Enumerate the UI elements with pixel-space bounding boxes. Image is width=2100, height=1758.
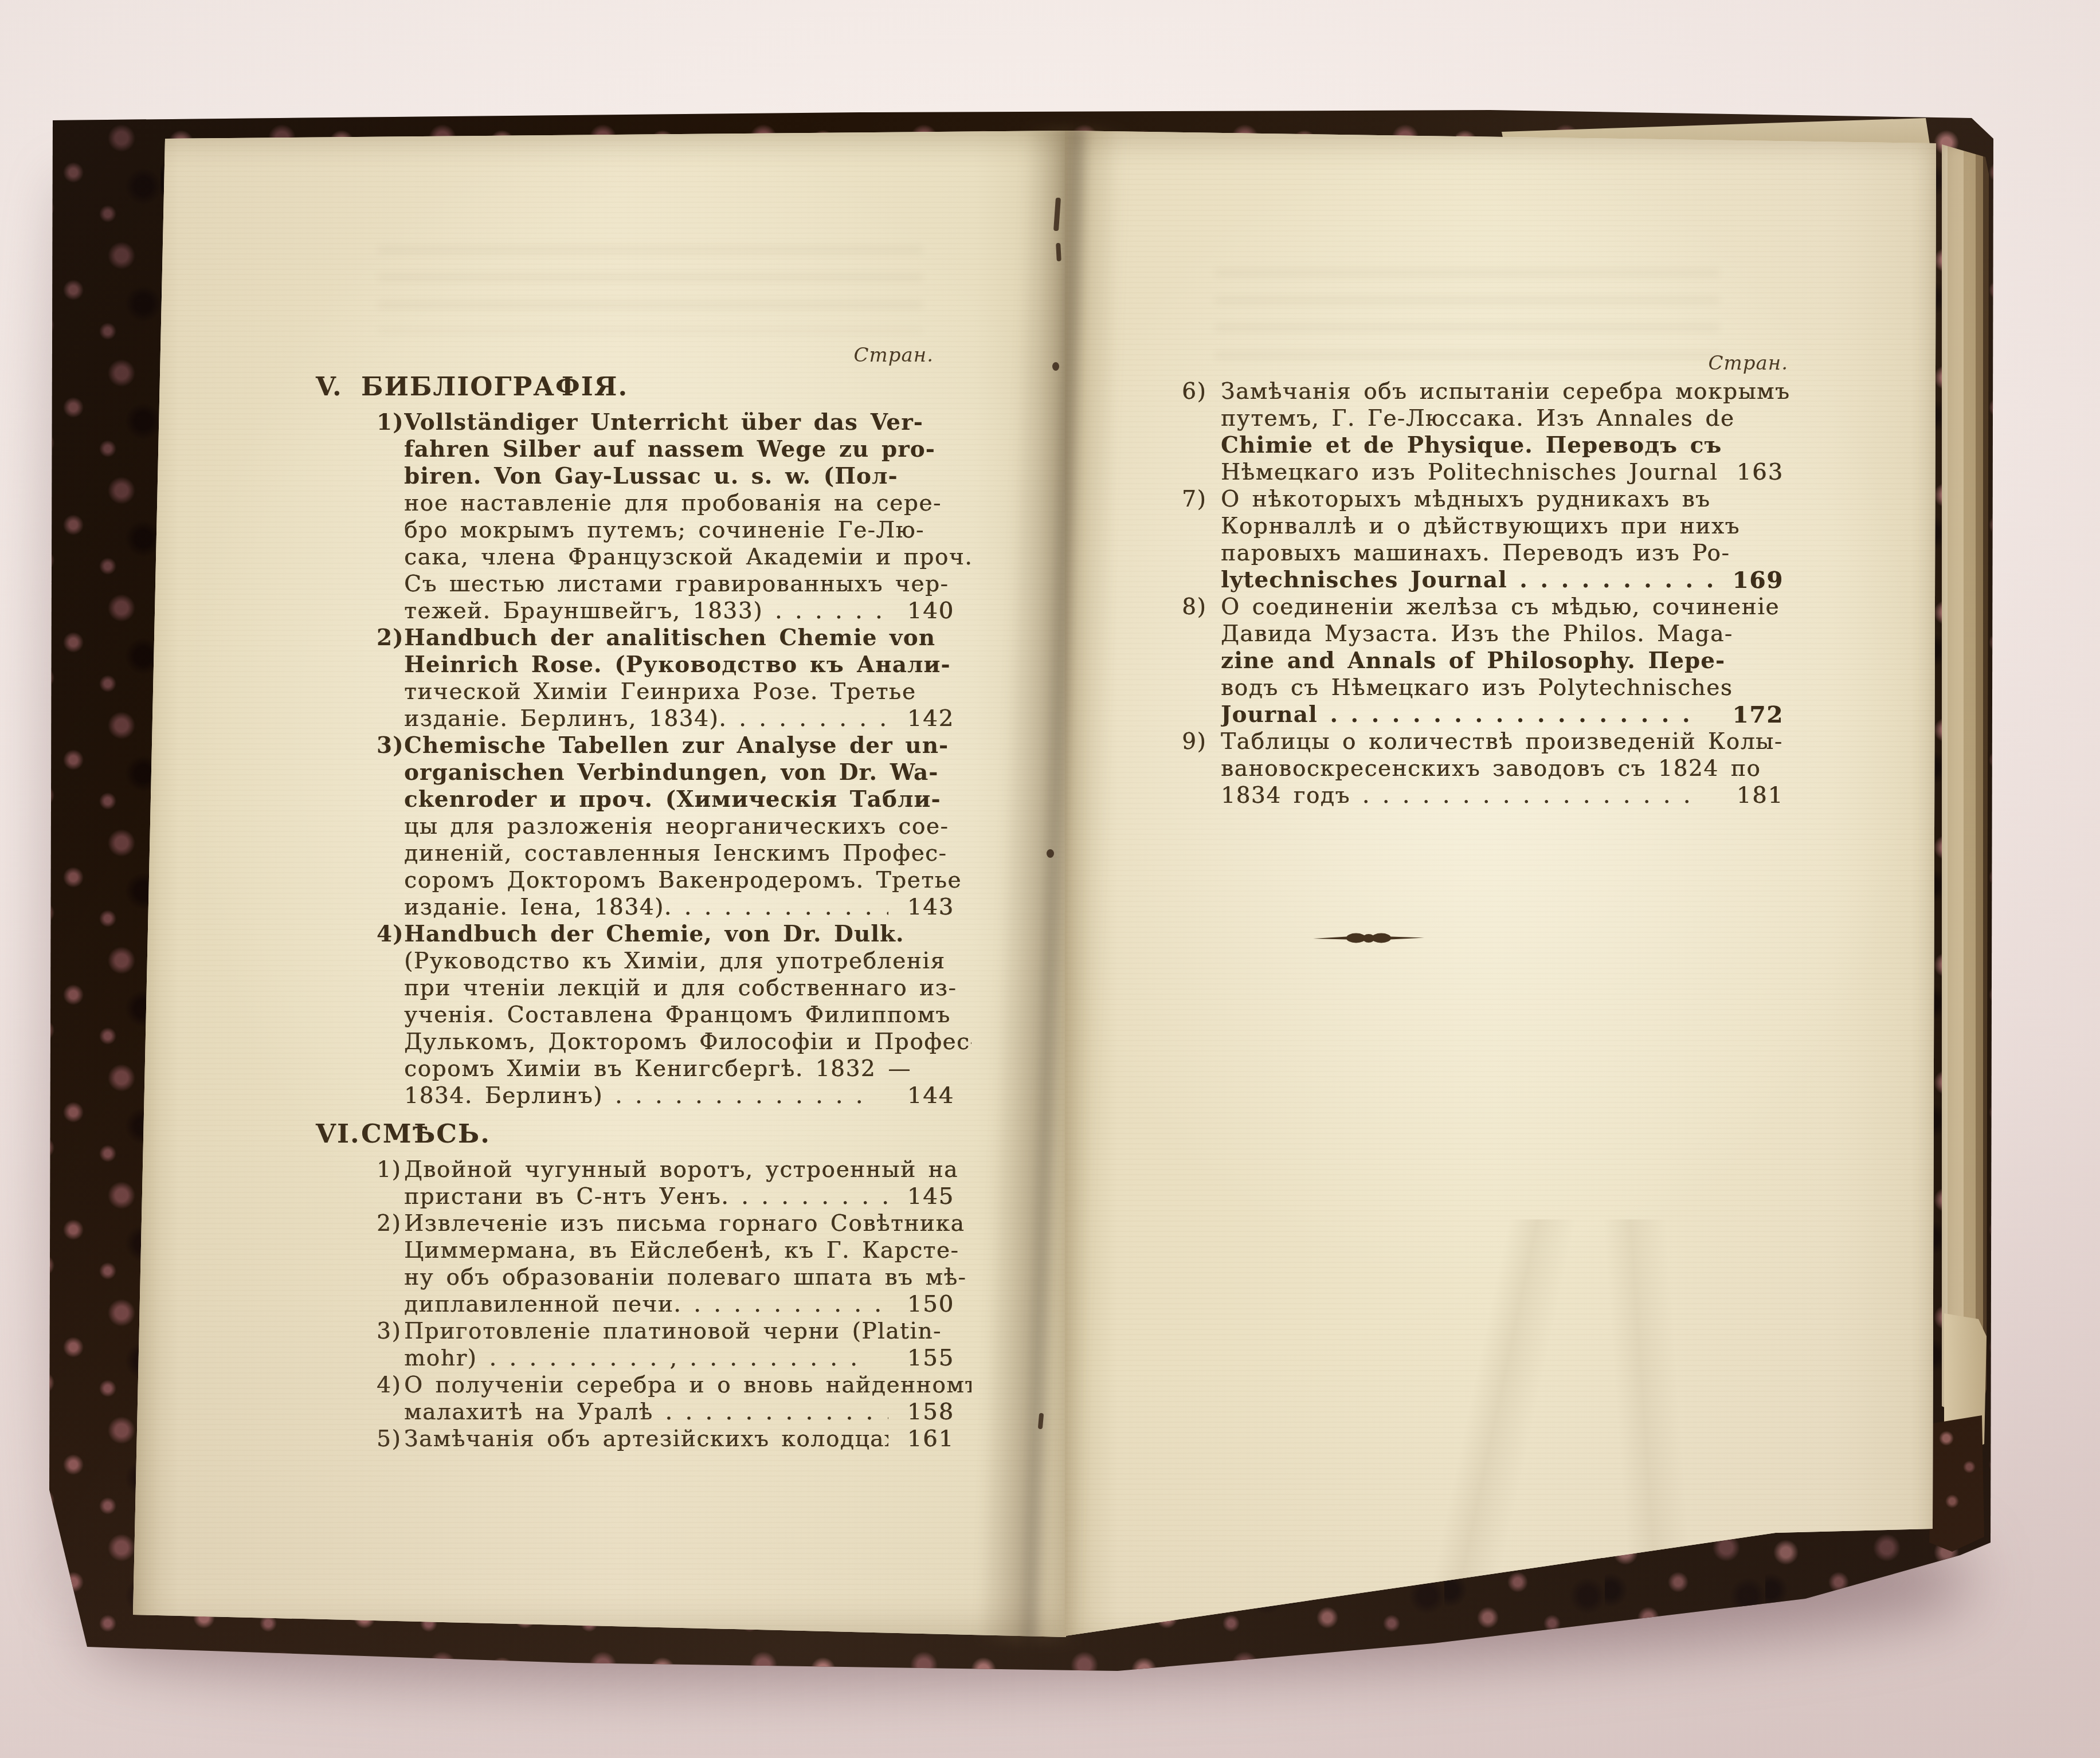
toc-line: Корнваллѣ и о дѣйствующихъ при нихъ bbox=[1181, 513, 1789, 540]
toc-entry-text: О нѣкоторыхъ мѣдныхъ рудникахъ въ bbox=[1221, 486, 1710, 513]
toc-entry-text: малахитѣ на Уралѣ . . . . . . . . . . . … bbox=[404, 1399, 888, 1426]
toc-entry-number: 3) bbox=[377, 1318, 440, 1345]
toc-line: 7)О нѣкоторыхъ мѣдныхъ рудникахъ въ bbox=[1181, 486, 1789, 513]
toc-entry-text: Съ шестью листами гравированныхъ чер- bbox=[404, 571, 949, 598]
toc-line: 6)Замѣчанія объ испытаніи серебра мокрым… bbox=[1181, 378, 1789, 405]
toc-line: соромъ Докторомъ Вакенродеромъ. Третье bbox=[312, 867, 971, 894]
toc-page-number: 143 bbox=[907, 894, 954, 921]
toc-line: 2)Извлеченіе изъ письма горнаго Совѣтник… bbox=[312, 1210, 971, 1237]
column-header-right: Стран. bbox=[1181, 351, 1789, 376]
toc-line: organischen Verbindungen, von Dr. Wa- bbox=[312, 759, 971, 786]
toc-entry-number: 3) bbox=[377, 732, 440, 759]
toc-entry-text: 1834 годъ . . . . . . . . . . . . . . . … bbox=[1221, 782, 1691, 809]
toc-entry-text: паровыхъ машинахъ. Переводъ изъ Po- bbox=[1221, 540, 1730, 567]
toc-entry-text: Chimie et de Physique. Переводъ съ bbox=[1221, 432, 1722, 459]
toc-entry-text: изданіе. Іена, 1834). . . . . . . . . . … bbox=[404, 894, 888, 921]
toc-entry-text: БИБЛІОГРАФІЯ. bbox=[361, 371, 628, 402]
toc-line: диненій, составленныя Іенскимъ Профес- bbox=[312, 840, 971, 867]
right-toc-lines: 6)Замѣчанія объ испытаніи серебра мокрым… bbox=[1181, 378, 1789, 809]
toc-line: изданіе. Іена, 1834). . . . . . . . . . … bbox=[312, 894, 971, 921]
toc-entry-number: VI. bbox=[316, 1119, 362, 1149]
toc-line: zine and Annals of Philosophy. Пере- bbox=[1181, 648, 1789, 674]
toc-entry-text: О полученіи серебра и о вновь найденномъ bbox=[404, 1372, 971, 1399]
toc-entry-text: соромъ Химіи въ Кенигсбергѣ. 1832 — bbox=[404, 1055, 911, 1082]
toc-entry-text: вановоскресенскихъ заводовъ съ 1824 по bbox=[1221, 755, 1761, 782]
toc-entry-text: Chemische Tabellen zur Analyse der un- bbox=[404, 732, 949, 759]
toc-section-heading: VI.СМѢСЬ. bbox=[312, 1119, 971, 1149]
toc-entry-text: О соединеніи желѣза съ мѣдью, сочиненіе bbox=[1221, 594, 1780, 621]
toc-line: Chimie et de Physique. Переводъ съ bbox=[1181, 432, 1789, 459]
toc-entry-text: тежей. Брауншвейгъ, 1833) . . . . . . . bbox=[404, 598, 888, 625]
toc-entry-number: V. bbox=[316, 371, 362, 402]
toc-entry-number: 5) bbox=[377, 1426, 440, 1453]
toc-line: тежей. Брауншвейгъ, 1833) . . . . . . .1… bbox=[312, 598, 971, 625]
toc-entry-number: 2) bbox=[377, 625, 440, 652]
toc-entry-number: 7) bbox=[1182, 486, 1245, 513]
toc-page-number: 169 bbox=[1733, 567, 1784, 594]
binding-stitch bbox=[1056, 243, 1061, 261]
toc-line: пристани въ С-нтъ Уенъ. . . . . . . . . … bbox=[312, 1183, 971, 1210]
toc-entry-text: водъ съ Нѣмецкаго изъ Polytechnisches bbox=[1221, 674, 1733, 701]
toc-entry-text: Нѣмецкаго изъ Politechnisches Journal. bbox=[1221, 459, 1719, 486]
toc-line: 1)Двойной чугунный воротъ, устроенный на bbox=[312, 1156, 971, 1183]
toc-line: 4)О полученіи серебра и о вновь найденно… bbox=[312, 1372, 971, 1399]
toc-line: паровыхъ машинахъ. Переводъ изъ Po- bbox=[1181, 540, 1789, 567]
toc-line: ученія. Составлена Францомъ Филиппомъ bbox=[312, 1002, 971, 1029]
toc-entry-text: бро мокрымъ путемъ; сочиненіе Ге-Лю- bbox=[404, 517, 924, 544]
toc-entry-number: 1) bbox=[377, 409, 440, 436]
toc-line: lytechnisches Journal . . . . . . . . . … bbox=[1181, 567, 1789, 594]
toc-entry-text: Journal . . . . . . . . . . . . . . . . … bbox=[1221, 701, 1691, 728]
toc-entry-text: СМѢСЬ. bbox=[361, 1119, 491, 1149]
toc-line: 1834. Берлинъ) . . . . . . . . . . . . .… bbox=[312, 1082, 971, 1109]
column-header-left: Стран. bbox=[312, 343, 971, 368]
toc-entry-text: Таблицы о количествѣ произведеній Колы- bbox=[1221, 728, 1782, 755]
toc-entry-text: zine and Annals of Philosophy. Пере- bbox=[1221, 648, 1725, 674]
toc-entry-text: lytechnisches Journal . . . . . . . . . … bbox=[1221, 567, 1714, 594]
toc-line: Циммермана, въ Ейслебенѣ, къ Г. Карсте- bbox=[312, 1237, 971, 1264]
toc-entry-text: цы для разложенія неорганическихъ сое- bbox=[404, 813, 949, 840]
toc-line: 3)Приготовленіе платиновой черни (Platin… bbox=[312, 1318, 971, 1345]
toc-page-number: 145 bbox=[907, 1183, 954, 1210]
toc-line: fahren Silber auf nassem Wege zu pro- bbox=[312, 436, 971, 463]
toc-page-number: 163 bbox=[1737, 459, 1784, 486]
cover-corner-bottom-right bbox=[1929, 1415, 1987, 1552]
binding-stitch bbox=[1052, 362, 1059, 371]
toc-entry-text: fahren Silber auf nassem Wege zu pro- bbox=[404, 436, 935, 463]
page-edges-stack bbox=[1942, 140, 1989, 1422]
toc-line: сака, члена Французской Академіи и проч. bbox=[312, 544, 971, 571]
toc-entry-text: Извлеченіе изъ письма горнаго Совѣтника bbox=[404, 1210, 965, 1237]
toc-entry-text: тической Химіи Геинриха Розе. Третье bbox=[404, 678, 916, 705]
toc-entry-text: Handbuch der Chemie, von Dr. Dulk. bbox=[404, 921, 904, 948]
toc-line: Heinrich Rose. (Руководство къ Анали- bbox=[312, 652, 971, 678]
toc-entry-number: 9) bbox=[1182, 728, 1245, 755]
toc-entry-text: ученія. Составлена Францомъ Филиппомъ bbox=[404, 1002, 951, 1029]
toc-entry-text: (Руководство къ Химіи, для употребленія bbox=[404, 948, 946, 975]
toc-entry-text: 1834. Берлинъ) . . . . . . . . . . . . . bbox=[404, 1082, 864, 1109]
toc-line: 4)Handbuch der Chemie, von Dr. Dulk. bbox=[312, 921, 971, 948]
toc-entry-text: ное наставленіе для пробованія на сере- bbox=[404, 490, 942, 517]
toc-entry-text: Дулькомъ, Докторомъ Философіи и Профес- bbox=[404, 1029, 971, 1055]
toc-entry-number: 4) bbox=[377, 1372, 440, 1399]
toc-line: 2)Handbuch der analitischen Chemie von bbox=[312, 625, 971, 652]
toc-line: диплавиленной печи. . . . . . . . . . . … bbox=[312, 1291, 971, 1318]
toc-entry-text: Давида Музаста. Изъ the Philos. Maga- bbox=[1221, 621, 1733, 648]
book-photo: Стран. V.БИБЛІОГРАФІЯ.1)Vollständiger Un… bbox=[0, 0, 2100, 1758]
toc-page-number: 181 bbox=[1737, 782, 1784, 809]
toc-line: 8)О соединеніи желѣза съ мѣдью, сочинені… bbox=[1181, 594, 1789, 621]
toc-line: бро мокрымъ путемъ; сочиненіе Ге-Лю- bbox=[312, 517, 971, 544]
toc-entry-text: organischen Verbindungen, von Dr. Wa- bbox=[404, 759, 939, 786]
toc-entry-text: Замѣчанія объ испытаніи серебра мокрымъ bbox=[1221, 378, 1789, 405]
toc-entry-number: 2) bbox=[377, 1210, 440, 1237]
toc-entry-number: 8) bbox=[1182, 594, 1245, 621]
toc-entry-text: диненій, составленныя Іенскимъ Профес- bbox=[404, 840, 947, 867]
right-page-text-column: Стран. 6)Замѣчанія объ испытаніи серебра… bbox=[1181, 351, 1789, 809]
toc-line: Съ шестью листами гравированныхъ чер- bbox=[312, 571, 971, 598]
left-page-text-column: Стран. V.БИБЛІОГРАФІЯ.1)Vollständiger Un… bbox=[312, 343, 971, 1453]
toc-entry-text: путемъ, Г. Ге-Люссака. Изъ Annales de bbox=[1221, 405, 1734, 432]
toc-line: ное наставленіе для пробованія на сере- bbox=[312, 490, 971, 517]
left-toc-lines: V.БИБЛІОГРАФІЯ.1)Vollständiger Unterrich… bbox=[312, 371, 971, 1453]
toc-entry-text: пристани въ С-нтъ Уенъ. . . . . . . . . … bbox=[404, 1183, 888, 1210]
toc-page-number: 140 bbox=[907, 598, 954, 625]
toc-page-number: 172 bbox=[1733, 701, 1784, 728]
toc-line: цы для разложенія неорганическихъ сое- bbox=[312, 813, 971, 840]
toc-entry-text: Heinrich Rose. (Руководство къ Анали- bbox=[404, 652, 951, 678]
toc-entry-text: Приготовленіе платиновой черни (Platin- bbox=[404, 1318, 942, 1345]
toc-line: 1834 годъ . . . . . . . . . . . . . . . … bbox=[1181, 782, 1789, 809]
toc-line: 1)Vollständiger Unterricht über das Ver- bbox=[312, 409, 971, 436]
toc-line: соромъ Химіи въ Кенигсбергѣ. 1832 — bbox=[312, 1055, 971, 1082]
toc-line: тической Химіи Геинриха Розе. Третье bbox=[312, 678, 971, 705]
toc-entry-text: при чтеніи лекцій и для собственнаго из- bbox=[404, 975, 957, 1002]
toc-line: 5)Замѣчанія объ артезійскихъ колодцахъ .… bbox=[312, 1426, 971, 1453]
toc-page-number: 158 bbox=[907, 1399, 954, 1426]
toc-line: при чтеніи лекцій и для собственнаго из- bbox=[312, 975, 971, 1002]
toc-line: 9)Таблицы о количествѣ произведеній Колы… bbox=[1181, 728, 1789, 755]
toc-line: ну объ образованіи полеваго шпата въ мѣ- bbox=[312, 1264, 971, 1291]
toc-line: Дулькомъ, Докторомъ Философіи и Профес- bbox=[312, 1029, 971, 1055]
toc-line: Давида Музаста. Изъ the Philos. Maga- bbox=[1181, 621, 1789, 648]
toc-page-number: 155 bbox=[907, 1345, 954, 1372]
toc-page-number: 150 bbox=[907, 1291, 954, 1318]
toc-page-number: 142 bbox=[907, 705, 954, 732]
toc-entry-text: Циммермана, въ Ейслебенѣ, къ Г. Карсте- bbox=[404, 1237, 959, 1264]
toc-entry-text: изданіе. Берлинъ, 1834). . . . . . . . . bbox=[404, 705, 887, 732]
toc-line: водъ съ Нѣмецкаго изъ Polytechnisches bbox=[1181, 674, 1789, 701]
toc-line: Journal . . . . . . . . . . . . . . . . … bbox=[1181, 701, 1789, 728]
toc-line: вановоскресенскихъ заводовъ съ 1824 по bbox=[1181, 755, 1789, 782]
toc-entry-text: диплавиленной печи. . . . . . . . . . . … bbox=[404, 1291, 888, 1318]
toc-line: (Руководство къ Химіи, для употребленія bbox=[312, 948, 971, 975]
toc-entry-text: biren. Von Gay-Lussac u. s. w. (Пол- bbox=[404, 463, 898, 490]
toc-line: mohr) . . . . . . . . . , . . . . . . . … bbox=[312, 1345, 971, 1372]
toc-line: Нѣмецкаго изъ Politechnisches Journal.16… bbox=[1181, 459, 1789, 486]
toc-line: ckenroder и проч. (Химическія Табли- bbox=[312, 786, 971, 813]
toc-line: biren. Von Gay-Lussac u. s. w. (Пол- bbox=[312, 463, 971, 490]
binding-stitch bbox=[1047, 849, 1054, 858]
toc-entry-text: ну объ образованіи полеваго шпата въ мѣ- bbox=[404, 1264, 966, 1291]
toc-entry-text: соромъ Докторомъ Вакенродеромъ. Третье bbox=[404, 867, 962, 894]
toc-line: путемъ, Г. Ге-Люссака. Изъ Annales de bbox=[1181, 405, 1789, 432]
toc-line: 3)Chemische Tabellen zur Analyse der un- bbox=[312, 732, 971, 759]
toc-entry-text: Замѣчанія объ артезійскихъ колодцахъ . . bbox=[404, 1426, 888, 1453]
toc-section-heading: V.БИБЛІОГРАФІЯ. bbox=[312, 371, 971, 402]
toc-entry-text: Корнваллѣ и о дѣйствующихъ при нихъ bbox=[1221, 513, 1740, 540]
toc-entry-text: ckenroder и проч. (Химическія Табли- bbox=[404, 786, 941, 813]
toc-line: изданіе. Берлинъ, 1834). . . . . . . . .… bbox=[312, 705, 971, 732]
toc-entry-number: 4) bbox=[377, 921, 440, 948]
toc-page-number: 144 bbox=[907, 1082, 954, 1109]
toc-entry-text: Vollständiger Unterricht über das Ver- bbox=[404, 409, 923, 436]
toc-page-number: 161 bbox=[907, 1426, 954, 1453]
toc-entry-text: Handbuch der analitischen Chemie von bbox=[404, 625, 935, 652]
section-divider-ornament bbox=[1311, 928, 1426, 948]
toc-entry-number: 6) bbox=[1182, 378, 1245, 405]
toc-entry-text: сака, члена Французской Академіи и проч. bbox=[404, 544, 971, 571]
toc-entry-text: Двойной чугунный воротъ, устроенный на bbox=[404, 1156, 958, 1183]
toc-line: малахитѣ на Уралѣ . . . . . . . . . . . … bbox=[312, 1399, 971, 1426]
toc-entry-number: 1) bbox=[377, 1156, 440, 1183]
toc-entry-text: mohr) . . . . . . . . . , . . . . . . . … bbox=[404, 1345, 858, 1372]
